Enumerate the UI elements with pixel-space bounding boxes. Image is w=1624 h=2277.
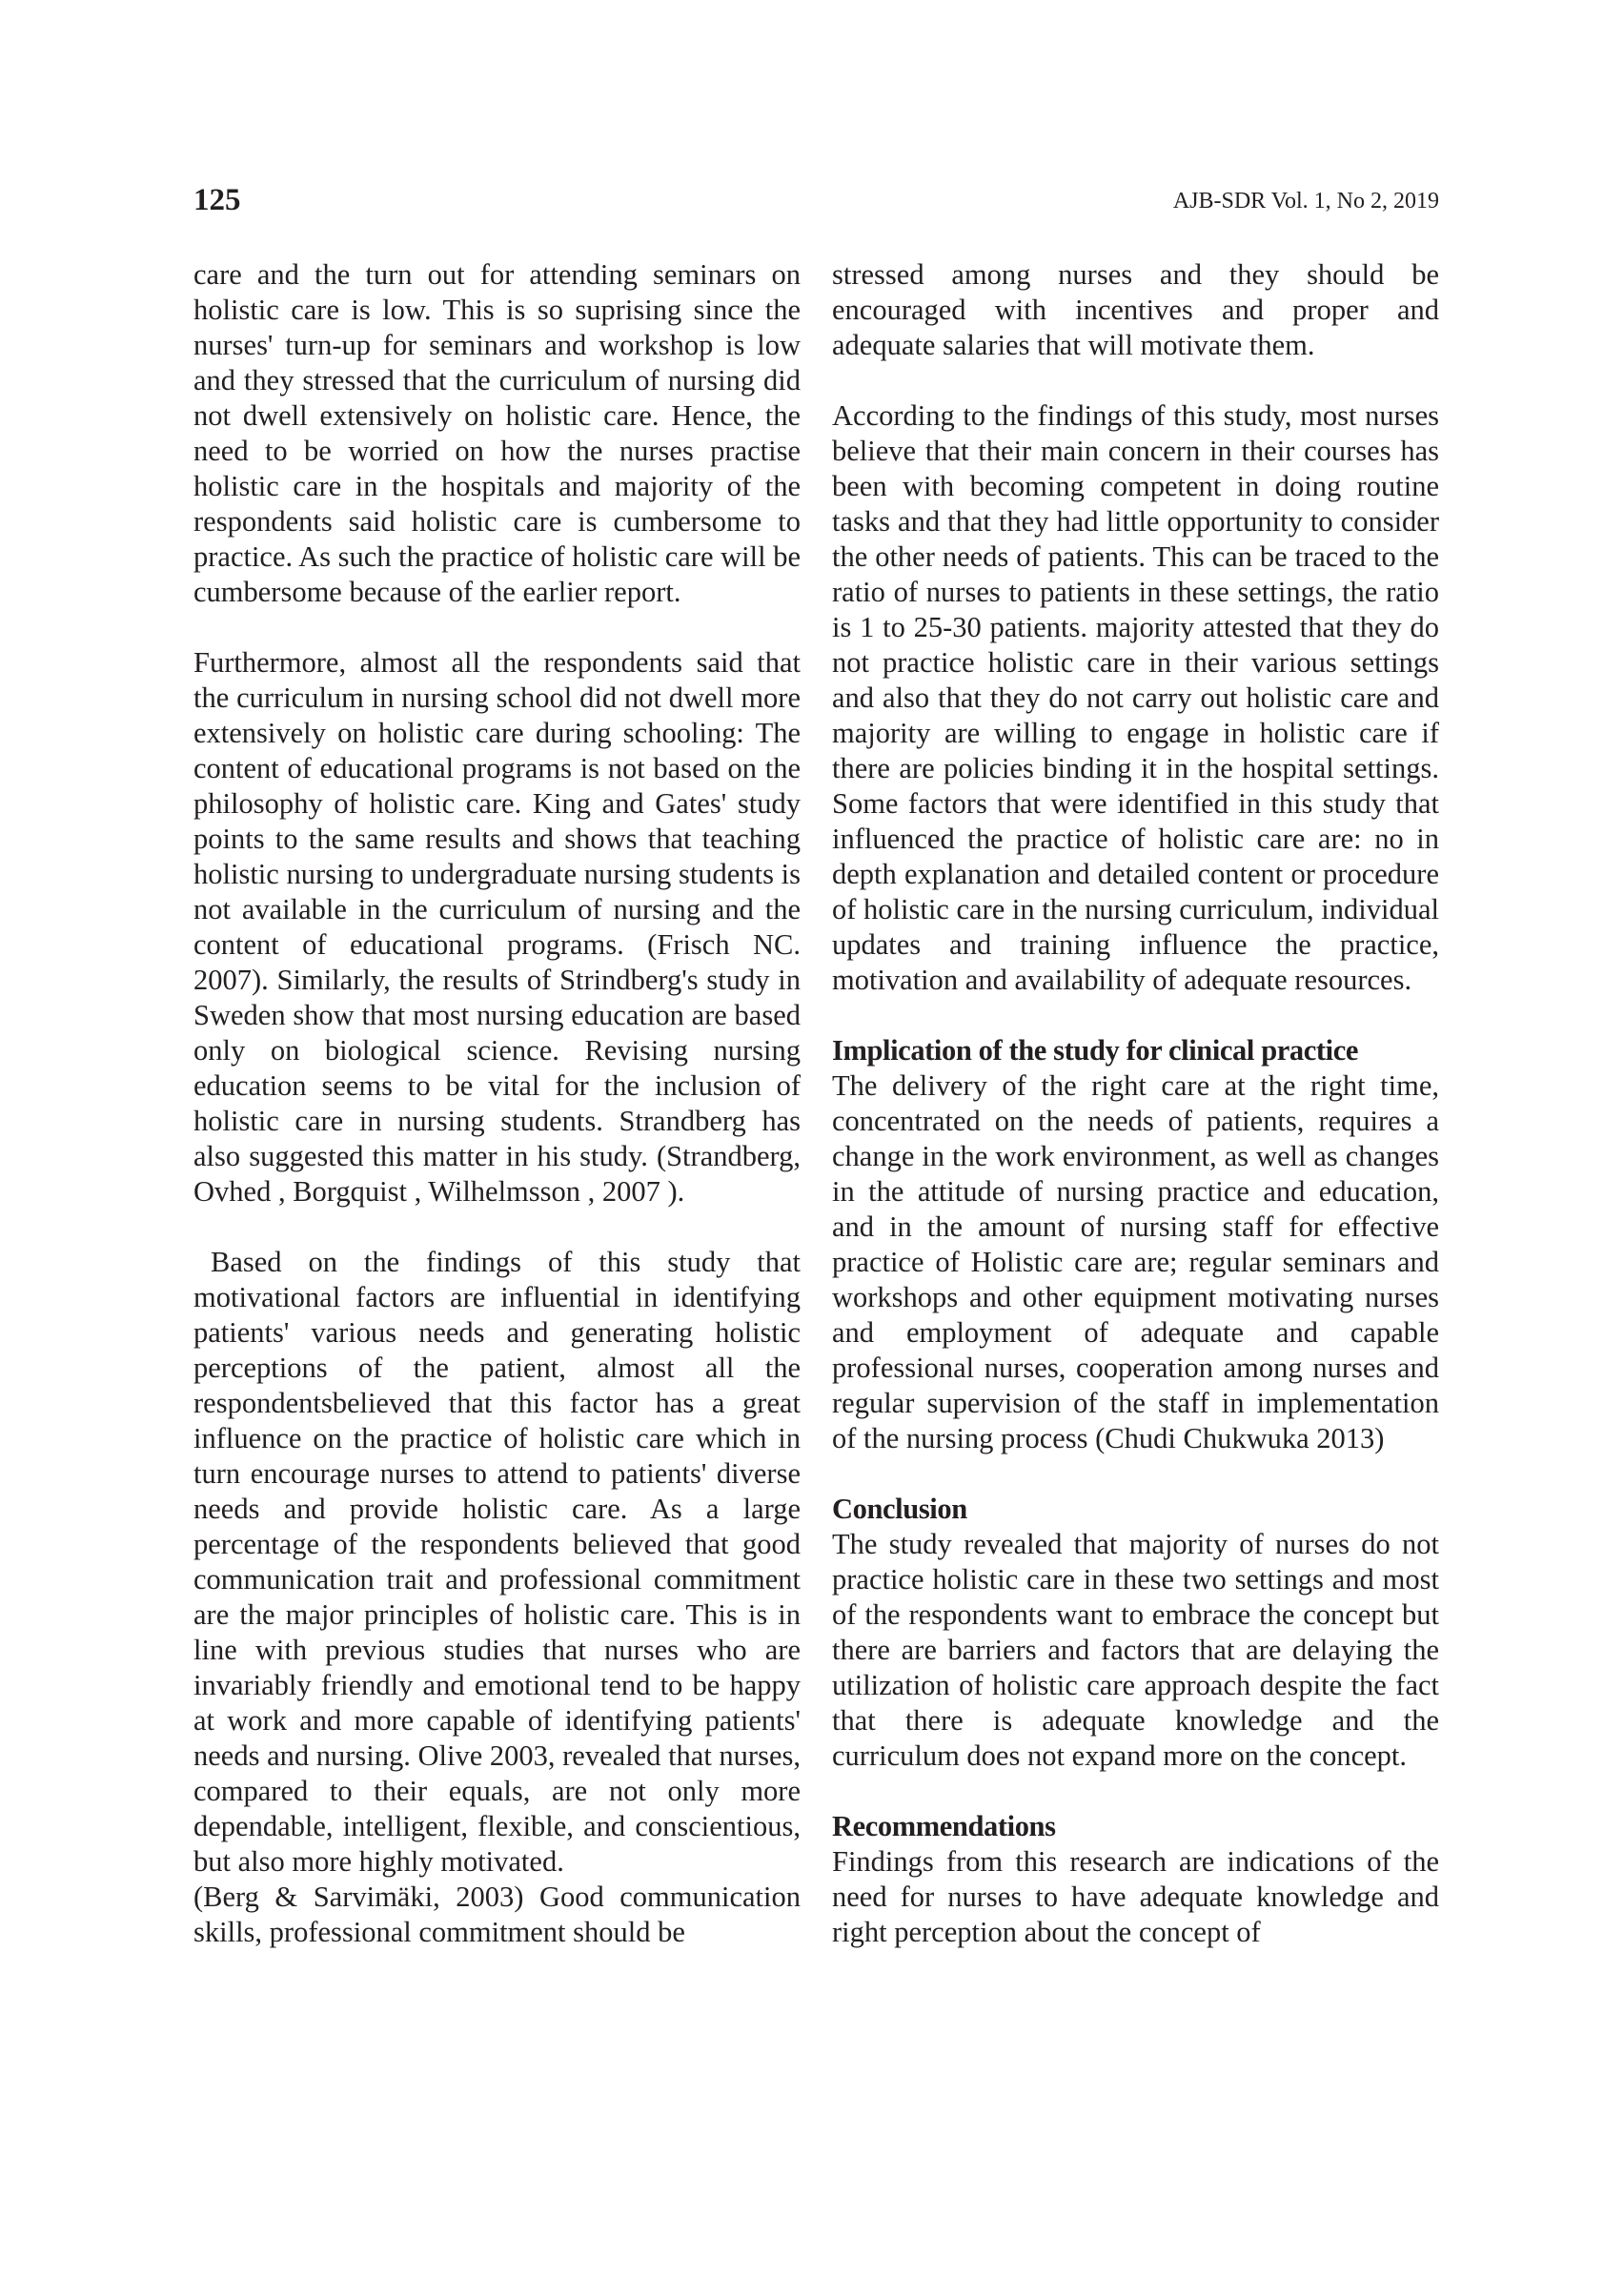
left-column: care and the turn out for attending semi…	[193, 257, 801, 1985]
page-header: 125 AJB-SDR Vol. 1, No 2, 2019	[193, 183, 1439, 221]
journal-citation: AJB-SDR Vol. 1, No 2, 2019	[1173, 189, 1439, 214]
right-column: stressed among nurses and they should be…	[832, 257, 1439, 1985]
paragraph: Findings from this research are indicati…	[832, 1844, 1439, 1950]
section-heading-implication: Implication of the study for clinical pr…	[832, 1033, 1439, 1068]
paragraph: stressed among nurses and they should be…	[832, 257, 1439, 363]
paragraph: Based on the findings of this study that…	[193, 1245, 801, 1880]
paragraph: (Berg & Sarvimäki, 2003) Good communicat…	[193, 1880, 801, 1950]
page-number: 125	[193, 183, 241, 218]
paragraph: The study revealed that majority of nurs…	[832, 1527, 1439, 1774]
paragraph: care and the turn out for attending semi…	[193, 257, 801, 610]
paragraph: The delivery of the right care at the ri…	[832, 1068, 1439, 1456]
paragraph: Furthermore, almost all the respondents …	[193, 645, 801, 1210]
section-heading-recommendations: Recommendations	[832, 1809, 1439, 1844]
section-heading-conclusion: Conclusion	[832, 1492, 1439, 1527]
paragraph: According to the findings of this study,…	[832, 398, 1439, 998]
